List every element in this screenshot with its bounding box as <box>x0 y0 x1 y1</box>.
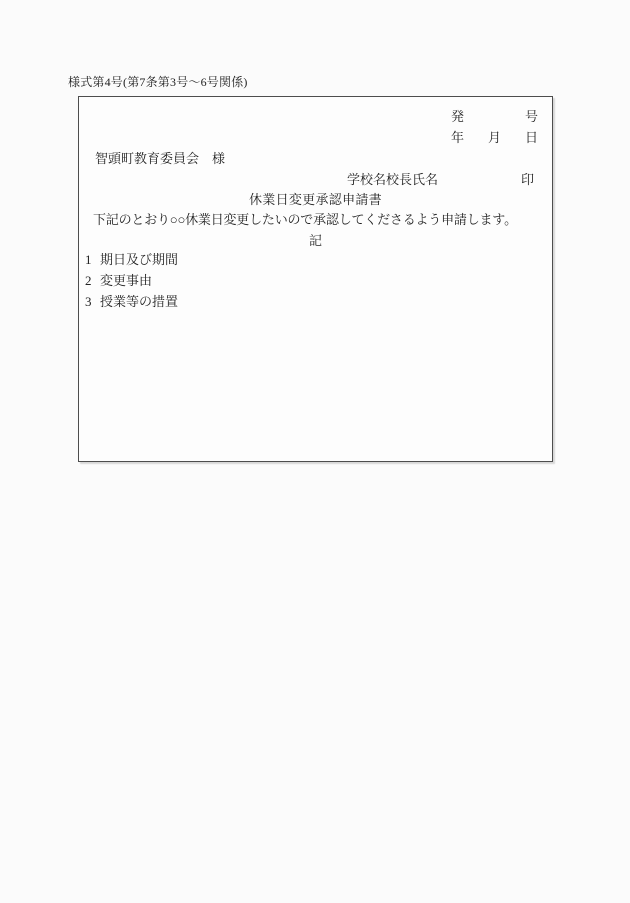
list-item-number: 2 <box>85 273 100 288</box>
date-month-label: 月 <box>488 130 501 145</box>
issue-prefix-label: 発 <box>451 109 464 124</box>
list-item: 3授業等の措置 <box>85 294 178 309</box>
list-item-label: 授業等の措置 <box>100 294 178 309</box>
record-marker: 記 <box>79 233 552 248</box>
document-title: 休業日変更承認申請書 <box>79 192 552 207</box>
document-page: 様式第4号(第7条第3号〜6号関係) 発 号 年 月 日 智頭町教育委員会 様 … <box>0 0 630 903</box>
seal-mark: 印 <box>521 172 534 187</box>
issue-suffix-label: 号 <box>525 109 538 124</box>
list-item-label: 変更事由 <box>100 273 152 288</box>
document-border-box: 発 号 年 月 日 智頭町教育委員会 様 学校名校長氏名 印 休業日変更承認申請… <box>78 96 553 462</box>
sender-name-label: 学校名校長氏名 <box>347 172 438 187</box>
date-line: 年 月 日 <box>451 130 538 145</box>
date-day-label: 日 <box>525 130 538 145</box>
list-item: 1期日及び期間 <box>85 252 178 267</box>
date-year-label: 年 <box>451 130 464 145</box>
addressee: 智頭町教育委員会 様 <box>95 151 225 166</box>
list-item-number: 3 <box>85 294 100 309</box>
list-item: 2変更事由 <box>85 273 152 288</box>
list-item-label: 期日及び期間 <box>100 252 178 267</box>
list-item-number: 1 <box>85 252 100 267</box>
form-number-label: 様式第4号(第7条第3号〜6号関係) <box>68 75 248 89</box>
sender-line: 学校名校長氏名 印 <box>79 172 552 187</box>
issue-number-line: 発 号 <box>451 109 538 124</box>
application-statement: 下記のとおり○○休業日変更したいので承認してくださるよう申請します。 <box>93 212 517 227</box>
